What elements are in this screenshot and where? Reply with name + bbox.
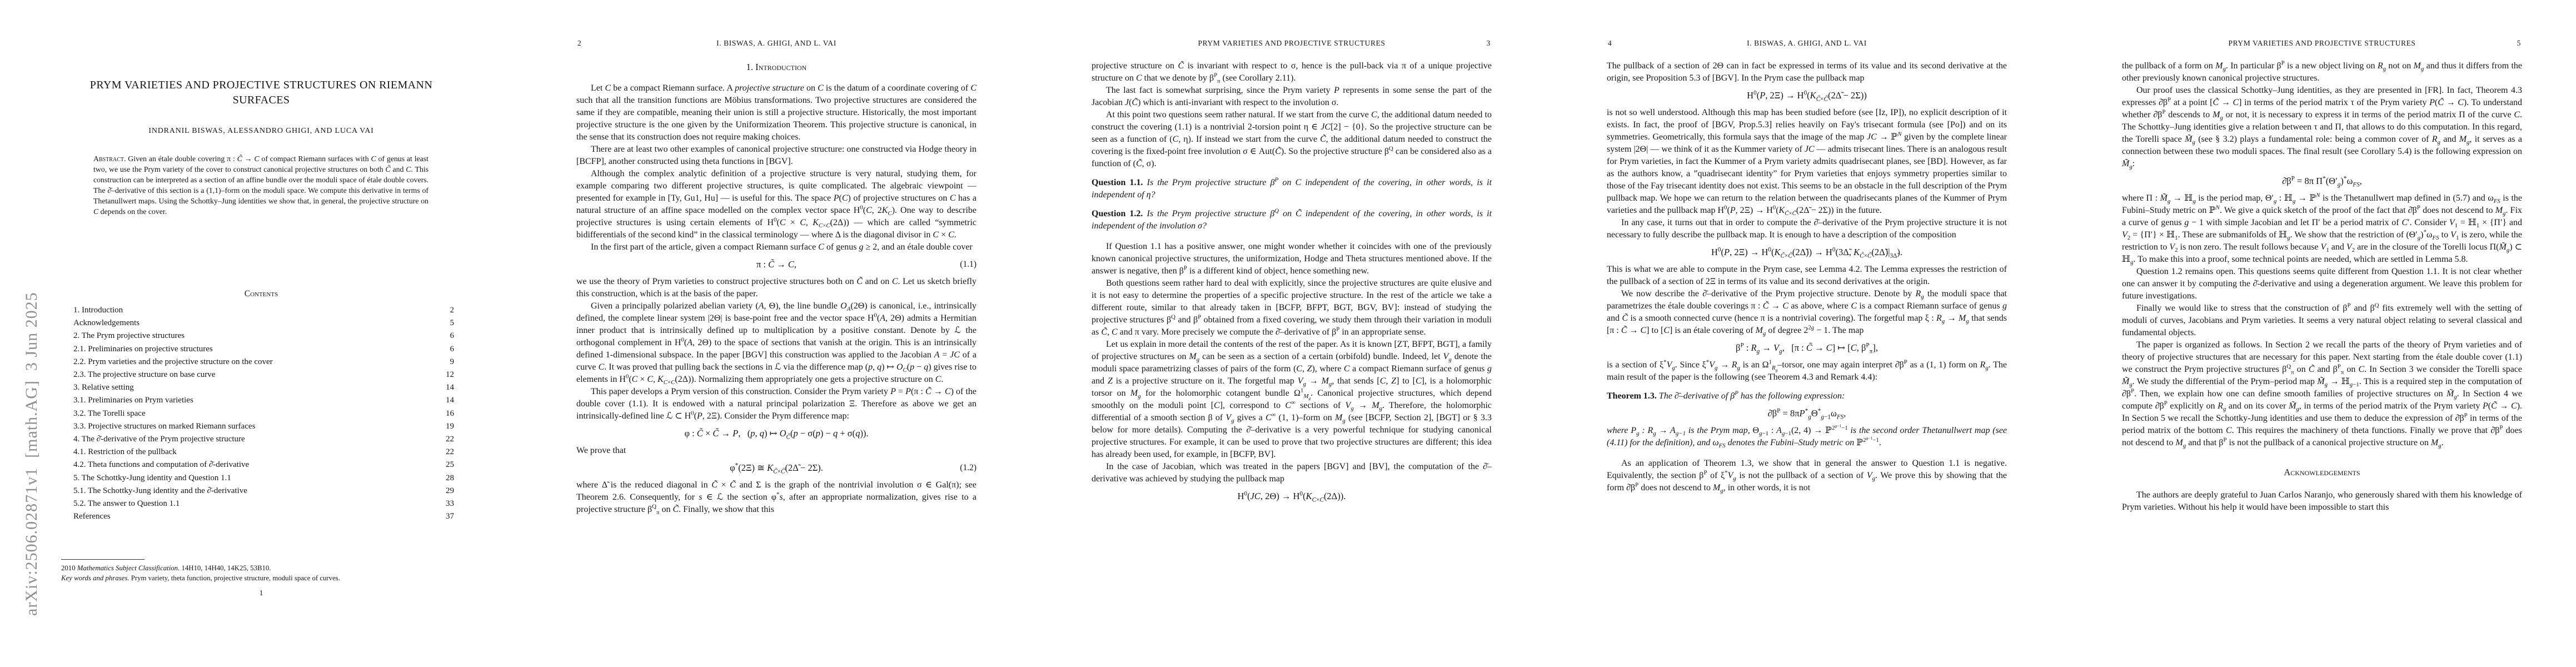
toc-row: 3.1. Preliminaries on Prym varieties14 bbox=[73, 394, 454, 407]
running-header: 2 I. BISWAS, A. GHIGI, AND L. VAI bbox=[576, 39, 976, 49]
toc-entry-label: 1. Introduction bbox=[73, 304, 123, 317]
paragraph: This paper develops a Prym version of th… bbox=[576, 386, 976, 422]
footnote-block: 2010 Mathematics Subject Classification.… bbox=[61, 559, 461, 583]
header-page-number: 3 bbox=[1487, 39, 1491, 48]
paragraph: is not so well understood. Although this… bbox=[1607, 107, 2007, 217]
toc-row: 4. The ∂̄-derivative of the Prym project… bbox=[73, 433, 454, 446]
toc-entry-label: 5.1. The Schottky-Jung identity and the … bbox=[73, 485, 247, 497]
page-3: PRYM VARIETIES AND PROJECTIVE STRUCTURES… bbox=[1030, 0, 1546, 667]
toc-row: 3.3. Projective structures on marked Rie… bbox=[73, 420, 454, 433]
toc-entry-label: 3.1. Preliminaries on Prym varieties bbox=[73, 394, 193, 407]
paragraph: Although the complex analytic definition… bbox=[576, 168, 976, 241]
footnote-classification: 2010 Mathematics Subject Classification.… bbox=[61, 563, 461, 573]
paragraph: the pullback of a form on Mg. In particu… bbox=[2122, 60, 2522, 84]
acknowledgements-heading: Acknowledgements bbox=[2122, 467, 2522, 478]
display-equation: π : C̃ → C, (1.1) bbox=[576, 258, 976, 271]
running-header: 4 I. BISWAS, A. GHIGI, AND L. VAI bbox=[1607, 39, 2007, 49]
paragraph: In any case, it turns out that in order … bbox=[1607, 217, 2007, 241]
paragraph: is a section of ξ*Vg. Since ξ*Vg → Rg is… bbox=[1607, 359, 2007, 384]
toc-entry-page: 14 bbox=[440, 394, 454, 407]
toc-entry-page: 6 bbox=[445, 330, 455, 342]
paragraph: Question 1.2 remains open. This question… bbox=[2122, 266, 2522, 302]
toc-entry-page: 16 bbox=[440, 407, 454, 420]
display-equation: H0(JC, 2Θ) → H0(KC×C(2Δ)). bbox=[1092, 490, 1492, 503]
page-5: PRYM VARIETIES AND PROJECTIVE STRUCTURES… bbox=[2061, 0, 2576, 667]
header-title: PRYM VARIETIES AND PROJECTIVE STRUCTURES bbox=[1092, 39, 1492, 48]
paragraph: Our proof uses the classical Schottky–Ju… bbox=[2122, 84, 2522, 170]
toc-entry-label: 5. The Schottky-Jung identity and Questi… bbox=[73, 472, 231, 485]
paragraph: Given a principally polarized abelian va… bbox=[576, 300, 976, 386]
equation-tag: (1.1) bbox=[960, 258, 976, 271]
header-authors: I. BISWAS, A. GHIGI, AND L. VAI bbox=[1607, 39, 2007, 48]
display-equation: φ : C̃ × C̃ → P, (p, q) ↦ OC̃(p − σ(p) −… bbox=[576, 427, 976, 440]
equation-body: H0(P, 2Ξ) → H0(KC̃×C̃(2Δ̃)) → H0(3Δ̃, KC… bbox=[1711, 247, 1902, 257]
equation-body: φ*(2Ξ) ≅ KC̃×C̃(2Δ̃ − 2Σ). bbox=[730, 462, 823, 473]
paragraph: In the first part of the article, given … bbox=[576, 241, 976, 253]
equation-tag: (1.2) bbox=[960, 461, 976, 475]
table-of-contents: 1. Introduction2 Acknowledgements5 2. Th… bbox=[73, 304, 454, 523]
toc-entry-label: 4.1. Restriction of the pullback bbox=[73, 446, 177, 459]
paragraph: There are at least two other examples of… bbox=[576, 143, 976, 168]
abstract: Abstract. Given an étale double covering… bbox=[93, 153, 428, 217]
toc-entry-page: 2 bbox=[445, 304, 455, 317]
display-equation: H0(P, 2Ξ) → H0(KC̃×C̃(2Δ̃)) → H0(3Δ̃, KC… bbox=[1607, 246, 2007, 259]
paragraph: Finally we would like to stress that the… bbox=[2122, 302, 2522, 339]
paragraph: The pullback of a section of 2Θ can in f… bbox=[1607, 60, 2007, 84]
toc-entry-label: 3.3. Projective structures on marked Rie… bbox=[73, 420, 255, 433]
section-heading: 1. Introduction bbox=[576, 61, 976, 73]
paper-title: PRYM VARIETIES AND PROJECTIVE STRUCTURES… bbox=[61, 78, 461, 108]
toc-row: 1. Introduction2 bbox=[73, 304, 454, 317]
page-1: arXiv:2506.02871v1 [math.AG] 3 Jun 2025 … bbox=[0, 0, 515, 667]
page-body: 1. Introduction Let C be a compact Riema… bbox=[576, 60, 976, 516]
toc-row: 3.2. The Torelli space16 bbox=[73, 407, 454, 420]
paragraph: Let C be a compact Riemann surface. A pr… bbox=[576, 82, 976, 143]
paragraph: We prove that bbox=[576, 445, 976, 457]
page-footer-number: 1 bbox=[61, 589, 461, 598]
running-header: PRYM VARIETIES AND PROJECTIVE STRUCTURES… bbox=[1092, 39, 1492, 49]
paragraph: The authors are deeply grateful to Juan … bbox=[2122, 489, 2522, 514]
toc-entry-label: 4.2. Theta functions and computation of … bbox=[73, 459, 249, 471]
display-equation: H0(P, 2Ξ) → H0(KC̃×C̃(2Δ̃ − 2Σ)) bbox=[1607, 89, 2007, 102]
toc-entry-page: 37 bbox=[440, 510, 454, 523]
footnote-rule bbox=[61, 559, 145, 560]
toc-row: 5.1. The Schottky-Jung identity and the … bbox=[73, 485, 454, 497]
toc-entry-label: 2.3. The projective structure on base cu… bbox=[73, 369, 215, 381]
toc-entry-page: 14 bbox=[440, 381, 454, 394]
paragraph: As an application of Theorem 1.3, we sho… bbox=[1607, 457, 2007, 494]
paragraph: We now describe the ∂̄–derivative of the… bbox=[1607, 288, 2007, 337]
equation-body: βP : Rg → Vg, [π : C̃ → C] ↦ [C, βPπ], bbox=[1736, 342, 1878, 353]
paragraph: Let us explain in more detail the conten… bbox=[1092, 339, 1492, 461]
toc-row: 3. Relative setting14 bbox=[73, 381, 454, 394]
page-body: The pullback of a section of 2Θ can in f… bbox=[1607, 60, 2007, 494]
page-4: 4 I. BISWAS, A. GHIGI, AND L. VAI The pu… bbox=[1546, 0, 2061, 667]
toc-entry-label: 3.2. The Torelli space bbox=[73, 407, 146, 420]
footnote-keywords: Key words and phrases. Prym variety, the… bbox=[61, 573, 461, 583]
toc-row: 2.3. The projective structure on base cu… bbox=[73, 369, 454, 381]
equation-body: ∂̄βP = 8πP*gΘ*g−1ωFS, bbox=[1768, 408, 1846, 419]
header-page-number: 5 bbox=[2517, 39, 2521, 48]
toc-entry-label: References bbox=[73, 510, 111, 523]
toc-row: 2.1. Preliminaries on projective structu… bbox=[73, 343, 454, 356]
toc-entry-page: 12 bbox=[440, 369, 454, 381]
equation-body: H0(P, 2Ξ) → H0(KC̃×C̃(2Δ̃ − 2Σ)) bbox=[1747, 90, 1867, 101]
paragraph: projective structure on C̃ is invariant … bbox=[1092, 60, 1492, 84]
header-title: PRYM VARIETIES AND PROJECTIVE STRUCTURES bbox=[2122, 39, 2522, 48]
toc-entry-page: 29 bbox=[440, 485, 454, 497]
equation-body: H0(JC, 2Θ) → H0(KC×C(2Δ)). bbox=[1238, 491, 1346, 501]
theorem-1-3: Theorem 1.3. The ∂̄–derivative of βP has… bbox=[1607, 390, 2007, 402]
toc-entry-page: 25 bbox=[440, 459, 454, 471]
toc-entry-label: 5.2. The answer to Question 1.1 bbox=[73, 497, 180, 510]
paragraph: we use the theory of Prym varieties to c… bbox=[576, 276, 976, 300]
toc-row: 2. The Prym projective structures6 bbox=[73, 330, 454, 342]
toc-entry-label: 2.1. Preliminaries on projective structu… bbox=[73, 343, 213, 356]
toc-row: 4.1. Restriction of the pullback22 bbox=[73, 446, 454, 459]
display-equation: φ*(2Ξ) ≅ KC̃×C̃(2Δ̃ − 2Σ). (1.2) bbox=[576, 461, 976, 475]
toc-entry-label: 2. The Prym projective structures bbox=[73, 330, 185, 342]
paragraph: The last fact is somewhat surprising, si… bbox=[1092, 84, 1492, 109]
paragraph: In the case of Jacobian, which was treat… bbox=[1092, 461, 1492, 485]
question-1-2: Question 1.2. Is the Prym projective str… bbox=[1092, 208, 1492, 232]
page-body: the pullback of a form on Mg. In particu… bbox=[2122, 60, 2522, 514]
paper-authors: INDRANIL BISWAS, ALESSANDRO GHIGI, AND L… bbox=[61, 127, 461, 136]
running-header: PRYM VARIETIES AND PROJECTIVE STRUCTURES… bbox=[2122, 39, 2522, 49]
display-equation: ∂̄βP = 8πP*gΘ*g−1ωFS, bbox=[1607, 407, 2007, 420]
paragraph: This is what we are able to compute in t… bbox=[1607, 263, 2007, 288]
toc-entry-label: 2.2. Prym varieties and the projective s… bbox=[73, 356, 273, 369]
toc-entry-page: 19 bbox=[440, 420, 454, 433]
toc-entry-page: 9 bbox=[445, 356, 455, 369]
toc-entry-label: Acknowledgements bbox=[73, 317, 139, 330]
paragraph: Both questions seem rather hard to deal … bbox=[1092, 277, 1492, 339]
document-canvas: arXiv:2506.02871v1 [math.AG] 3 Jun 2025 … bbox=[0, 0, 2576, 667]
toc-row: 5. The Schottky-Jung identity and Questi… bbox=[73, 472, 454, 485]
toc-entry-page: 33 bbox=[440, 497, 454, 510]
toc-entry-page: 22 bbox=[440, 433, 454, 446]
toc-row: 5.2. The answer to Question 1.133 bbox=[73, 497, 454, 510]
toc-row: References37 bbox=[73, 510, 454, 523]
paragraph: where Δ̃ is the reduced diagonal in C̃ ×… bbox=[576, 479, 976, 516]
toc-row: Acknowledgements5 bbox=[73, 317, 454, 330]
toc-row: 4.2. Theta functions and computation of … bbox=[73, 459, 454, 471]
question-1-1: Question 1.1. Is the Prym projective str… bbox=[1092, 177, 1492, 201]
toc-entry-page: 22 bbox=[440, 446, 454, 459]
toc-entry-label: 4. The ∂̄-derivative of the Prym project… bbox=[73, 433, 245, 446]
equation-body: φ : C̃ × C̃ → P, (p, q) ↦ OC̃(p − σ(p) −… bbox=[684, 428, 868, 439]
toc-entry-page: 5 bbox=[445, 317, 455, 330]
contents-heading: Contents bbox=[61, 289, 461, 299]
toc-entry-page: 6 bbox=[445, 343, 455, 356]
equation-body: ∂̄βP = 8π Π*(Θ′g)*ωFS, bbox=[2282, 176, 2362, 186]
paragraph: The paper is organized as follows. In Se… bbox=[2122, 339, 2522, 449]
display-equation: βP : Rg → Vg, [π : C̃ → C] ↦ [C, βPπ], bbox=[1607, 341, 2007, 355]
page-body: projective structure on C̃ is invariant … bbox=[1092, 60, 1492, 507]
paragraph: where Π : M̃g → ℍg is the period map, Θ′… bbox=[2122, 192, 2522, 266]
paragraph: where Pg : Rg → Ag−1 is the Prym map, Θg… bbox=[1607, 425, 2007, 449]
display-equation: ∂̄βP = 8π Π*(Θ′g)*ωFS, bbox=[2122, 175, 2522, 188]
paragraph: At this point two questions seem rather … bbox=[1092, 109, 1492, 170]
page-2: 2 I. BISWAS, A. GHIGI, AND L. VAI 1. Int… bbox=[515, 0, 1030, 667]
header-authors: I. BISWAS, A. GHIGI, AND L. VAI bbox=[576, 39, 976, 48]
toc-row: 2.2. Prym varieties and the projective s… bbox=[73, 356, 454, 369]
paragraph: If Question 1.1 has a positive answer, o… bbox=[1092, 241, 1492, 277]
arxiv-watermark: arXiv:2506.02871v1 [math.AG] 3 Jun 2025 bbox=[22, 292, 41, 616]
toc-entry-label: 3. Relative setting bbox=[73, 381, 134, 394]
equation-body: π : C̃ → C, bbox=[756, 259, 796, 270]
toc-entry-page: 28 bbox=[440, 472, 454, 485]
